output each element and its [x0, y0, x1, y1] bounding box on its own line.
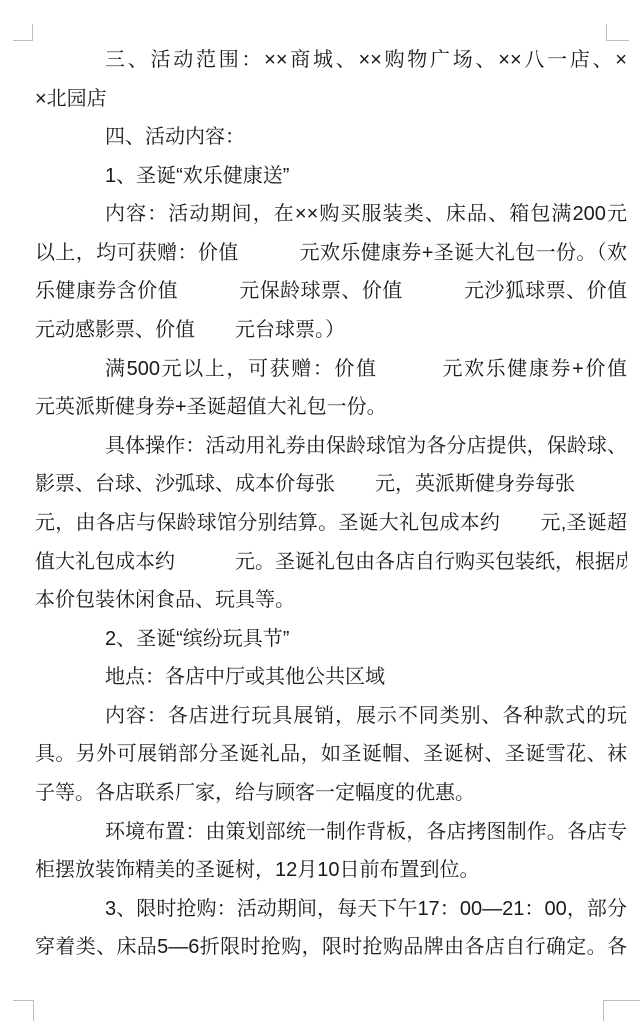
text-line: 环境布置：由策划部统一制作背板，各店拷图制作。各店专 — [35, 813, 627, 852]
text-line: 内容：活动期间，在××购买服装类、床品、箱包满200元 — [35, 195, 627, 234]
text-line: 具体操作：活动用礼券由保龄球馆为各分店提供，保龄球、 — [35, 427, 627, 466]
text-line: 内容：各店进行玩具展销，展示不同类别、各种款式的玩 — [35, 697, 627, 736]
crop-mark-top-right-icon — [606, 24, 629, 41]
text-line: 3、限时抢购：活动期间，每天下午17：00—21：00，部分 — [35, 890, 627, 929]
text-line: 值大礼包成本约 元。圣诞礼包由各店自行购买包装纸，根据成 — [35, 543, 627, 582]
text-line: 2、圣诞“缤纷玩具节” — [35, 620, 627, 659]
text-line: 三、活动范围：××商城、××购物广场、××八一店、× — [35, 41, 627, 80]
text-line: 元英派斯健身券+圣诞超值大礼包一份。 — [35, 388, 627, 427]
text-line: 地点：各店中厅或其他公共区域 — [35, 658, 627, 697]
document-body: 三、活动范围：××商城、××购物广场、××八一店、××北园店四、活动内容：1、圣… — [35, 41, 627, 967]
text-line: 乐健康券含价值 元保龄球票、价值 元沙狐球票、价值 — [35, 272, 627, 311]
crop-mark-bottom-right-icon — [603, 1000, 640, 1021]
text-line: 本价包装休闲食品、玩具等。 — [35, 581, 627, 620]
text-line: 四、活动内容： — [35, 118, 627, 157]
text-line: 满500元以上，可获赠：价值 元欢乐健康券+价值 — [35, 350, 627, 389]
text-line: 影票、台球、沙弧球、成本价每张 元，英派斯健身券每张 — [35, 465, 627, 504]
text-line: 元，由各店与保龄球馆分别结算。圣诞大礼包成本约 元,圣诞超 — [35, 504, 627, 543]
document-page: 三、活动范围：××商城、××购物广场、××八一店、××北园店四、活动内容：1、圣… — [0, 0, 640, 1021]
text-line: 元动感影票、价值 元台球票。） — [35, 311, 627, 350]
text-line: 具。另外可展销部分圣诞礼品，如圣诞帽、圣诞树、圣诞雪花、袜 — [35, 735, 627, 774]
crop-mark-bottom-left-icon — [13, 1000, 34, 1021]
text-line: 1、圣诞“欢乐健康送” — [35, 157, 627, 196]
text-line: 柜摆放装饰精美的圣诞树，12月10日前布置到位。 — [35, 851, 627, 890]
crop-mark-top-left-icon — [13, 24, 33, 41]
text-line: 以上，均可获赠：价值 元欢乐健康券+圣诞大礼包一份。（欢 — [35, 234, 627, 273]
text-line: 子等。各店联系厂家，给与顾客一定幅度的优惠。 — [35, 774, 627, 813]
text-line: 穿着类、床品5—6折限时抢购，限时抢购品牌由各店自行确定。各 — [35, 928, 627, 967]
text-line: ×北园店 — [35, 80, 627, 119]
